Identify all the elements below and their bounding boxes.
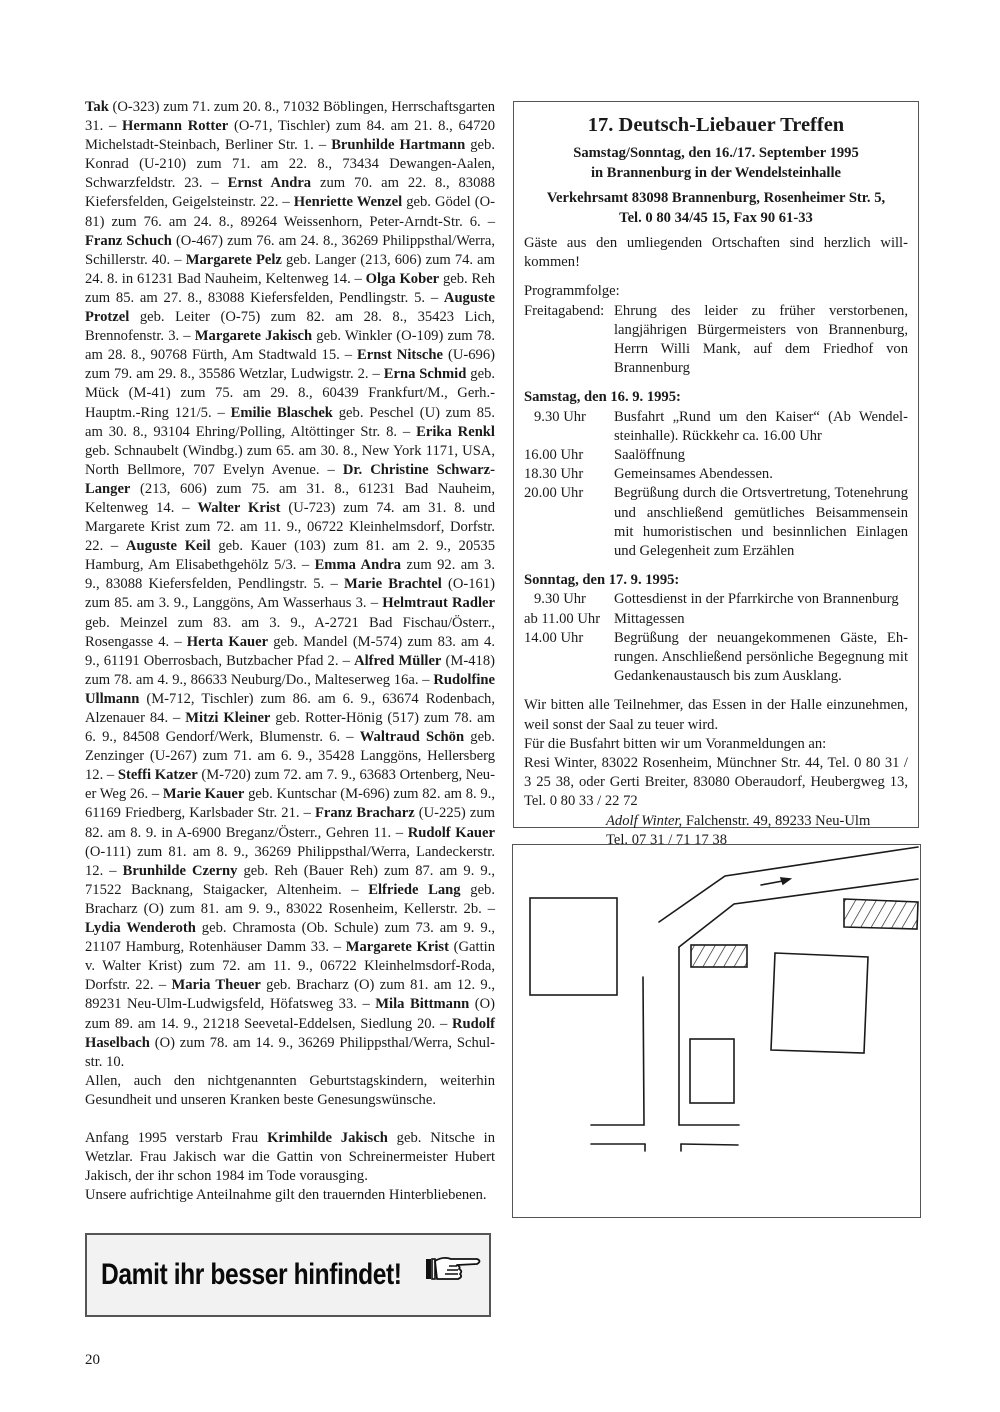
schedule-item: 20.00 UhrBegrüßung durch die Ortsvertret… <box>524 484 908 561</box>
signature-address: Falchenstr. 49, 89233 Neu-Ulm <box>682 813 870 829</box>
obituary-text: Anfang 1995 verstarb Frau <box>85 1130 267 1146</box>
person-name: Marie Brachtel <box>344 576 442 592</box>
directions-banner: Damit ihr besser hinfindet! <box>85 1233 491 1317</box>
birthday-list: Tak (O-323) zum 71. zum 20. 8., 71032 Bö… <box>85 98 495 1072</box>
saturday-heading: Samstag, den 16. 9. 1995: <box>524 388 908 407</box>
signature-name: Adolf Winter, <box>606 813 682 829</box>
obituary-paragraph: Anfang 1995 verstarb Frau Krimhilde Jaki… <box>85 1129 495 1186</box>
event-announcement-box: 17. Deutsch-Liebauer Treffen Samstag/Son… <box>513 101 919 828</box>
person-name: Franz Bracharz <box>315 805 415 821</box>
map-drawing <box>513 845 919 1216</box>
person-name: Franz Schuch <box>85 233 172 249</box>
welcome-text: Gäste aus den umliegenden Ortschaften si… <box>524 234 908 272</box>
person-name: Henriette Wenzel <box>294 194 402 210</box>
person-name: Erna Schmid <box>384 366 467 382</box>
schedule-time: 14.00 Uhr <box>524 629 614 687</box>
schedule-time: 9.30 Uhr <box>524 408 614 446</box>
program-label: Programmfolge: <box>524 282 908 301</box>
person-name: Erika Renkl <box>416 424 495 440</box>
event-contact: Verkehrsamt 83098 Brannenburg, Rosenheim… <box>524 189 908 228</box>
schedule-text: Begrüßung der neuangekommenen Gäste, Eh­… <box>614 629 908 687</box>
person-name: Waltraud Schön <box>360 729 464 745</box>
event-phone: Tel. 0 80 34/45 15, Fax 90 61-33 <box>524 209 908 229</box>
person-name: Margarete Jakisch <box>195 328 312 344</box>
program-friday: Freitagabend: Ehrung des leider zu frühe… <box>524 302 908 379</box>
schedule-item: 18.30 UhrGemeinsames Abendessen. <box>524 465 908 484</box>
person-name: Mitzi Kleiner <box>185 710 270 726</box>
schedule-item: 16.00 UhrSaalöffnung <box>524 446 908 465</box>
pointing-hand-icon <box>425 1253 485 1287</box>
saturday-schedule: 9.30 UhrBusfahrt „Rund um den Kaiser“ (A… <box>524 408 908 562</box>
bus-contacts: Resi Winter, 83022 Rosenheim, Münchner S… <box>524 754 908 812</box>
person-name: Emilie Blaschek <box>231 405 333 421</box>
banner-text: Damit ihr besser hinfindet! <box>101 1258 402 1292</box>
sunday-heading: Sonntag, den 17. 9. 1995: <box>524 571 908 590</box>
schedule-text: Gottesdienst in der Pfarrkirche von Bran… <box>614 590 908 609</box>
schedule-time: 20.00 Uhr <box>524 484 614 561</box>
event-date: Samstag/Sonntag, den 16./17. September 1… <box>524 144 908 164</box>
schedule-time: 9.30 Uhr <box>524 590 614 609</box>
person-name: Lydia Wenderoth <box>85 920 196 936</box>
page-number: 20 <box>85 1352 100 1369</box>
friday-label: Freitagabend: <box>524 302 614 379</box>
person-name: Brunhilde Czerny <box>123 863 238 879</box>
schedule-text: Saalöffnung <box>614 446 908 465</box>
birthday-column: Tak (O-323) zum 71. zum 20. 8., 71032 Bö… <box>85 98 495 1205</box>
schedule-text: Gemeinsames Abendessen. <box>614 465 908 484</box>
schedule-time: 16.00 Uhr <box>524 446 614 465</box>
schedule-text: Mittagessen <box>614 610 908 629</box>
sunday-schedule: 9.30 UhrGottesdienst in der Pfarrkirche … <box>524 590 908 686</box>
person-name: Margarete Krist <box>346 939 449 955</box>
meal-note: Wir bitten alle Teilnehmer, das Essen in… <box>524 696 908 734</box>
person-name: Marie Kauer <box>163 786 245 802</box>
person-name: Brunhilde Hartmann <box>331 137 465 153</box>
event-office: Verkehrsamt 83098 Brannenburg, Rosenheim… <box>524 189 908 209</box>
schedule-time: 18.30 Uhr <box>524 465 614 484</box>
schedule-item: ab 11.00 UhrMittagessen <box>524 610 908 629</box>
person-name: Hermann Rotter <box>122 118 228 134</box>
person-name: Helmtraut Radler <box>382 595 495 611</box>
person-name: Steffi Katzer <box>118 767 198 783</box>
person-name: Ernst Nitsche <box>357 347 443 363</box>
person-name: Tak <box>85 99 109 115</box>
schedule-item: 9.30 UhrGottesdienst in der Pfarrkirche … <box>524 590 908 609</box>
person-name: Elfriede Lang <box>368 882 460 898</box>
obituary-name: Krimhilde Jakisch <box>267 1130 388 1146</box>
event-date-venue: Samstag/Sonntag, den 16./17. September 1… <box>524 144 908 183</box>
schedule-text: Busfahrt „Rund um den Kaiser“ (Ab Wendel… <box>614 408 908 446</box>
schedule-item: 9.30 UhrBusfahrt „Rund um den Kaiser“ (A… <box>524 408 908 446</box>
schedule-time: ab 11.00 Uhr <box>524 610 614 629</box>
event-venue: in Brannenburg in der Wendelsteinhalle <box>524 164 908 184</box>
location-map-sketch <box>512 844 921 1218</box>
person-name: Herta Kauer <box>187 634 268 650</box>
schedule-item: 14.00 UhrBegrüßung der neuangekommenen G… <box>524 629 908 687</box>
condolence-paragraph: Unsere aufrichtige Anteilnahme gilt den … <box>85 1186 495 1205</box>
friday-text: Ehrung des leider zu früher verstorbenen… <box>614 302 908 379</box>
person-name: Walter Krist <box>197 500 280 516</box>
person-name: Mila Bittmann <box>375 996 469 1012</box>
person-name: Alfred Müller <box>354 653 441 669</box>
person-name: Rudolf Kauer <box>408 825 495 841</box>
person-name: Emma Andra <box>315 557 402 573</box>
person-name: Maria Theuer <box>171 977 260 993</box>
schedule-text: Begrüßung durch die Ortsvertretung, Tote… <box>614 484 908 561</box>
person-name: Margarete Pelz <box>186 252 282 268</box>
person-name: Olga Kober <box>366 271 440 287</box>
person-name: Ernst Andra <box>228 175 312 191</box>
bus-note: Für die Busfahrt bitten wir um Voranmeld… <box>524 735 908 754</box>
wishes-paragraph: Allen, auch den nichtgenannten Geburtsta… <box>85 1072 495 1110</box>
event-title: 17. Deutsch-Liebauer Treffen <box>524 112 908 138</box>
person-name: Auguste Keil <box>126 538 211 554</box>
